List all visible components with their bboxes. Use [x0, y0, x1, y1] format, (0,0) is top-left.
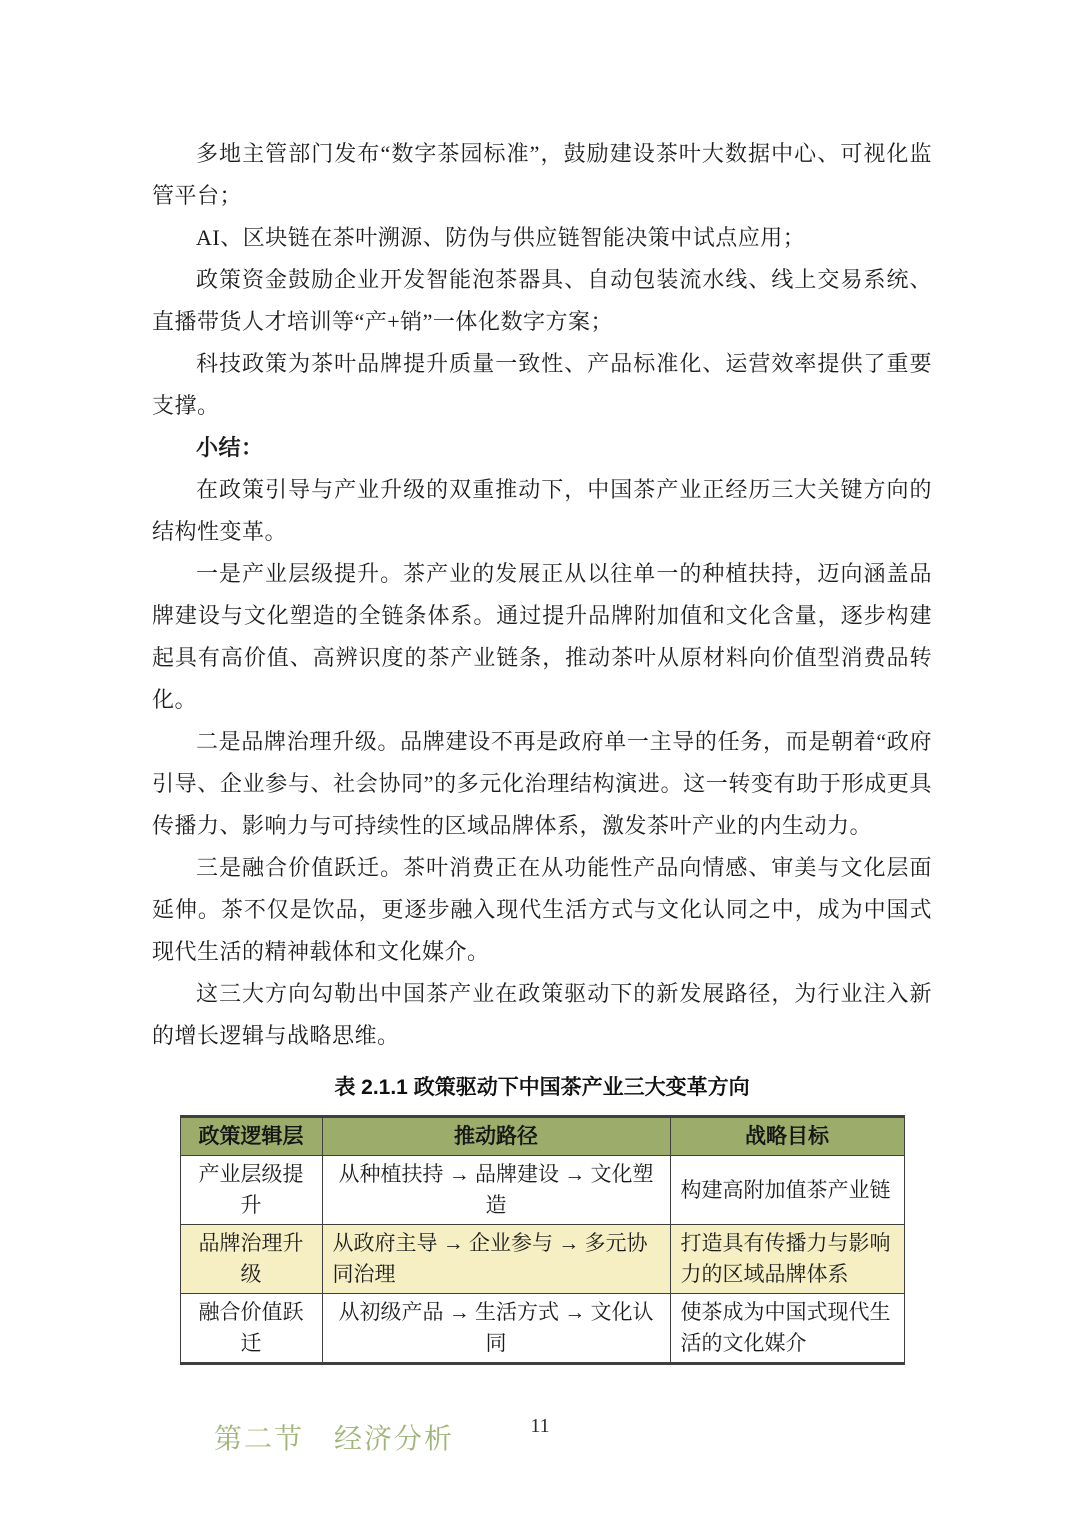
table-header-strategic-goal: 战略目标 — [670, 1117, 904, 1156]
policy-direction-table: 政策逻辑层 推动路径 战略目标 产业层级提升 从种植扶持 → 品牌建设 → 文化… — [180, 1115, 905, 1365]
paragraph-digital-standard: 多地主管部门发布“数字茶园标准”，鼓励建设茶叶大数据中心、可视化监管平台； — [152, 133, 932, 217]
cell-layer: 产业层级提升 — [180, 1156, 322, 1225]
table-row-brand-governance: 品牌治理升级 从政府主导 → 企业参与 → 多元协同治理 打造具有传播力与影响力… — [180, 1225, 904, 1294]
paragraph-tech-policy: 科技政策为茶叶品牌提升质量一致性、产品标准化、运营效率提供了重要支撑。 — [152, 343, 932, 427]
paragraph-summary-intro: 在政策引导与产业升级的双重推动下，中国茶产业正经历三大关键方向的结构性变革。 — [152, 469, 932, 553]
paragraph-direction-three: 三是融合价值跃迁。茶叶消费正在从功能性产品向情感、审美与文化层面延伸。茶不仅是饮… — [152, 847, 932, 973]
paragraph-direction-two: 二是品牌治理升级。品牌建设不再是政府单一主导的任务，而是朝着“政府引导、企业参与… — [152, 721, 932, 847]
cell-goal: 构建高附加值茶产业链 — [670, 1156, 904, 1225]
page-content: 多地主管部门发布“数字茶园标准”，鼓励建设茶叶大数据中心、可视化监管平台； AI… — [152, 133, 932, 1457]
cell-goal: 使茶成为中国式现代生活的文化媒介 — [670, 1294, 904, 1364]
cell-layer: 融合价值跃迁 — [180, 1294, 322, 1364]
table-caption: 表 2.1.1 政策驱动下中国茶产业三大变革方向 — [152, 1073, 932, 1103]
cell-path: 从政府主导 → 企业参与 → 多元协同治理 — [322, 1225, 670, 1294]
paragraph-direction-one: 一是产业层级提升。茶产业的发展正从以往单一的种植扶持，迈向涵盖品牌建设与文化塑造… — [152, 553, 932, 721]
page-number: 11 — [0, 1415, 1080, 1438]
paragraph-policy-funding: 政策资金鼓励企业开发智能泡茶器具、自动包装流水线、线上交易系统、直播带货人才培训… — [152, 259, 932, 343]
table-row-industry-upgrade: 产业层级提升 从种植扶持 → 品牌建设 → 文化塑造 构建高附加值茶产业链 — [180, 1156, 904, 1225]
table-header-driving-path: 推动路径 — [322, 1117, 670, 1156]
cell-layer: 品牌治理升级 — [180, 1225, 322, 1294]
table-header-row: 政策逻辑层 推动路径 战略目标 — [180, 1117, 904, 1156]
paragraph-summary-label: 小结： — [152, 427, 932, 469]
table-header-policy-layer: 政策逻辑层 — [180, 1117, 322, 1156]
paragraph-ai-blockchain: AI、区块链在茶叶溯源、防伪与供应链智能决策中试点应用； — [152, 217, 932, 259]
cell-goal: 打造具有传播力与影响力的区域品牌体系 — [670, 1225, 904, 1294]
document-page: 多地主管部门发布“数字茶园标准”，鼓励建设茶叶大数据中心、可视化监管平台； AI… — [0, 0, 1080, 1528]
cell-path: 从初级产品 → 生活方式 → 文化认同 — [322, 1294, 670, 1364]
cell-path: 从种植扶持 → 品牌建设 → 文化塑造 — [322, 1156, 670, 1225]
paragraph-summary-close: 这三大方向勾勒出中国茶产业在政策驱动下的新发展路径，为行业注入新的增长逻辑与战略… — [152, 973, 932, 1057]
table-row-value-leap: 融合价值跃迁 从初级产品 → 生活方式 → 文化认同 使茶成为中国式现代生活的文… — [180, 1294, 904, 1364]
